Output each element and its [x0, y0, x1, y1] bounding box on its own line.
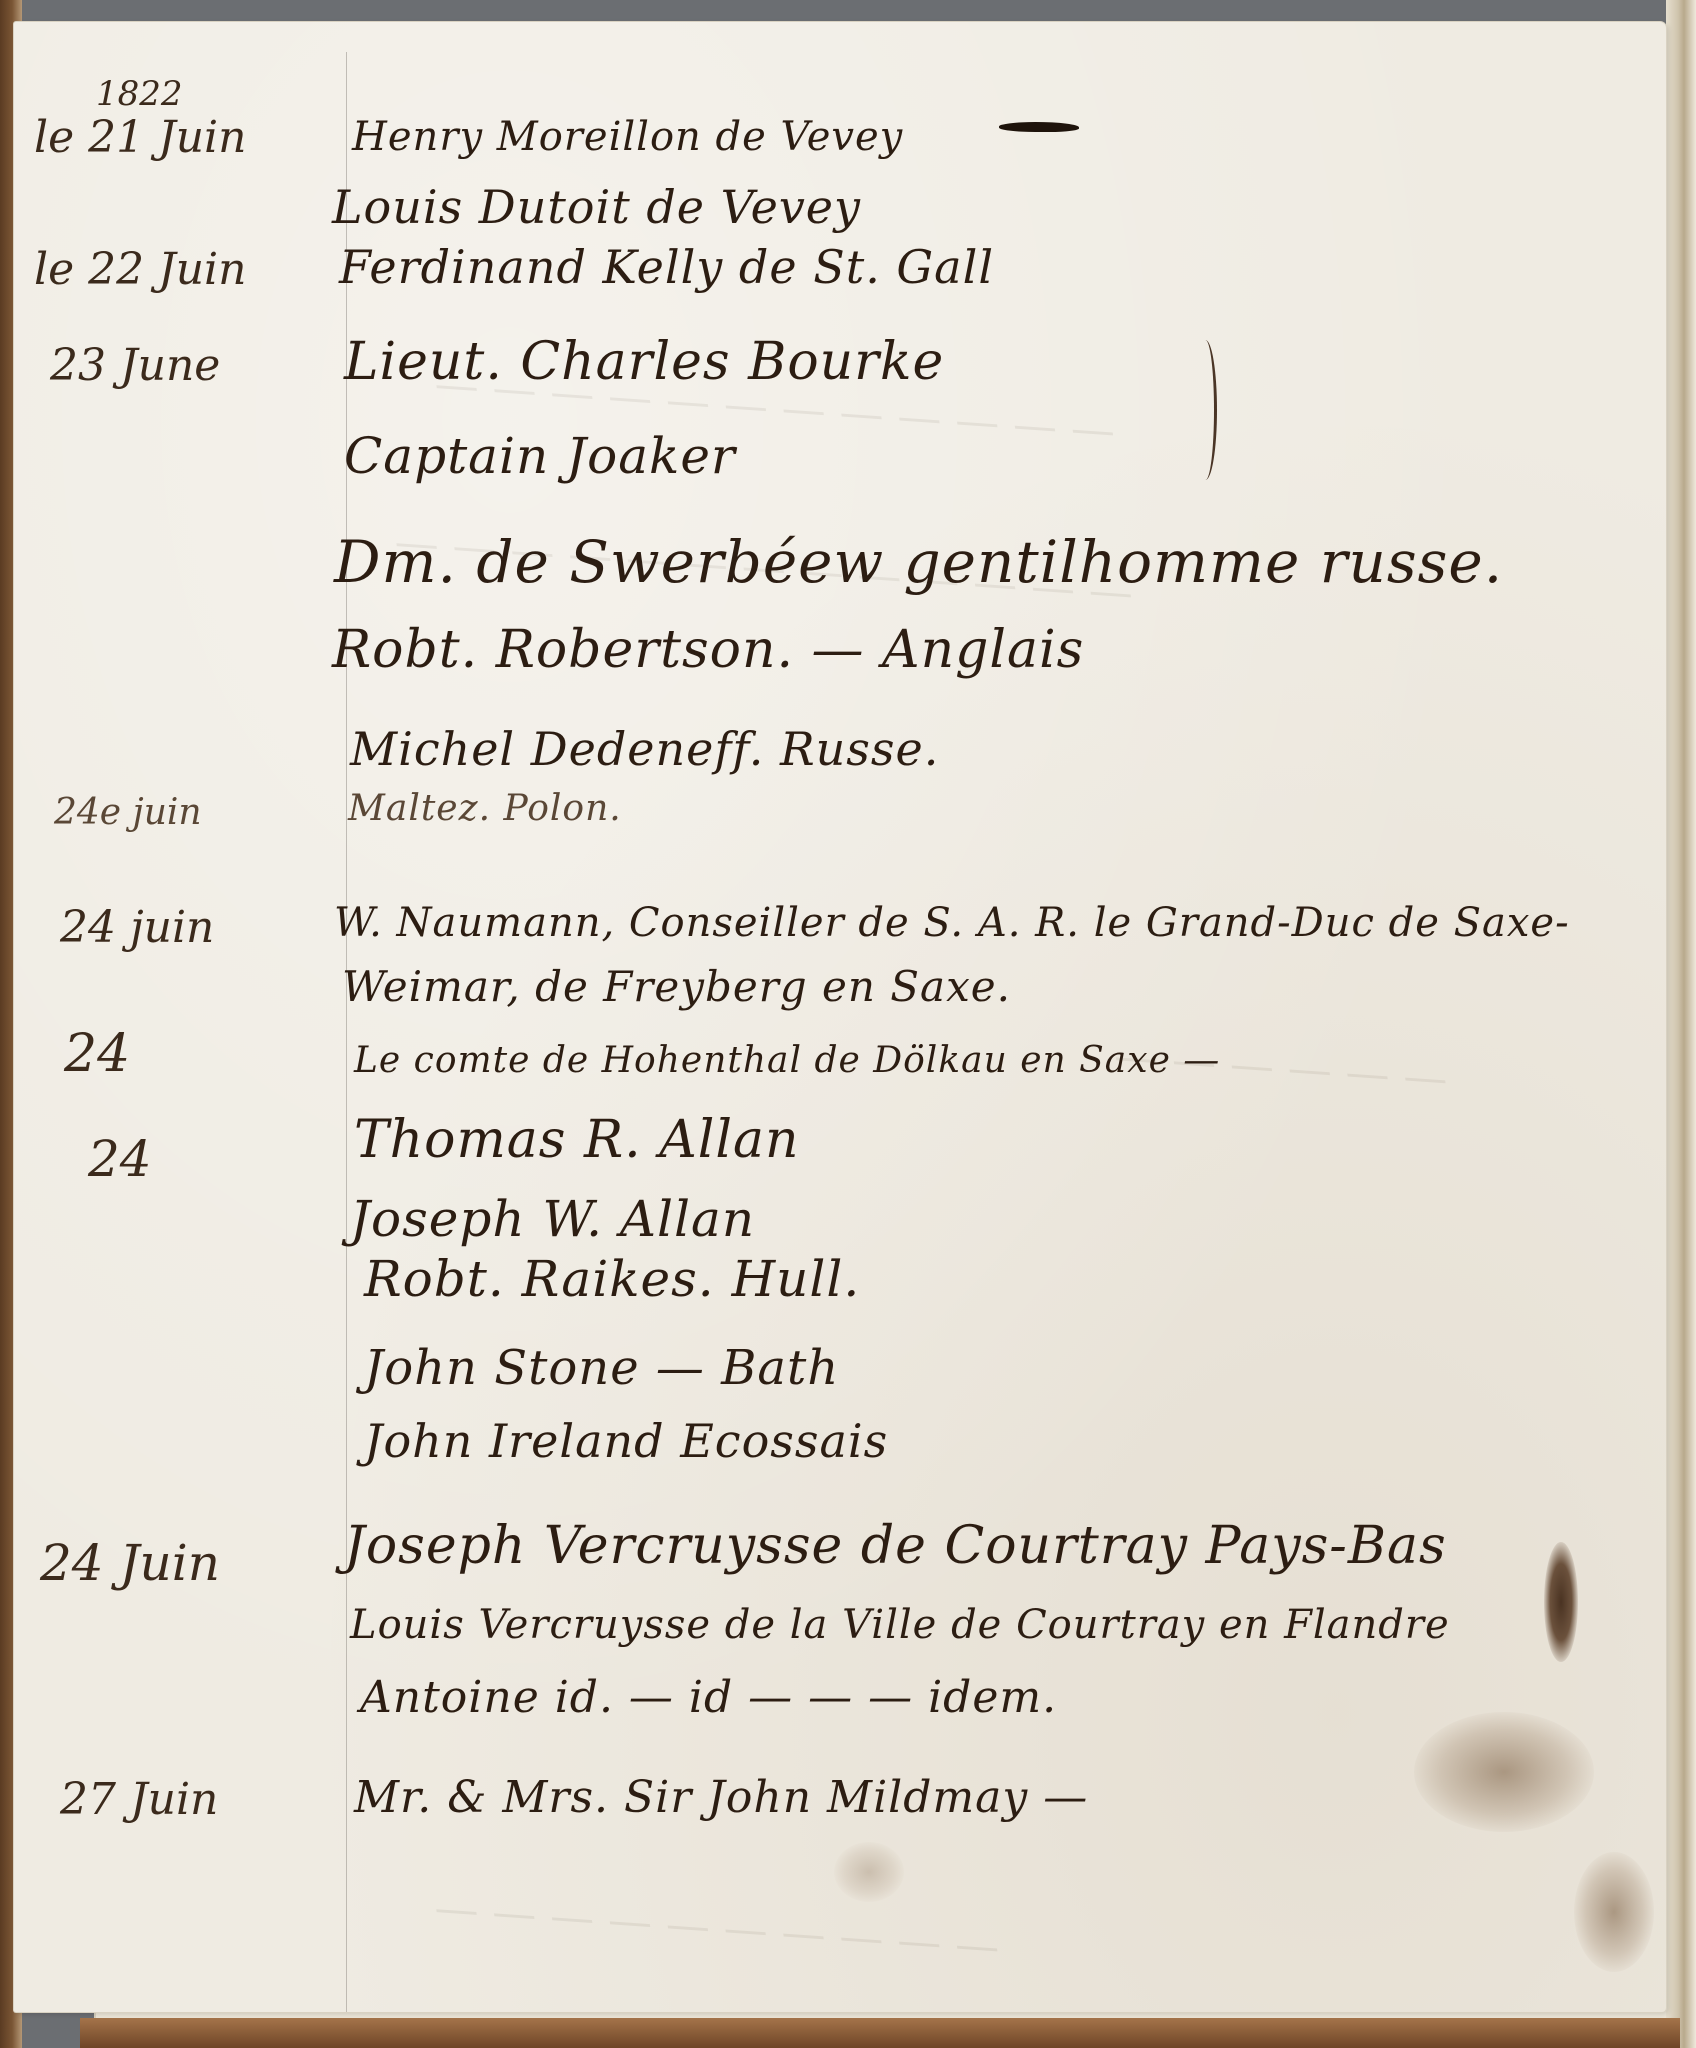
entry-date: le 21 Juin	[34, 112, 246, 163]
water-stain	[1574, 1852, 1654, 1972]
entry-name: Ferdinand Kelly de St. Gall	[339, 240, 994, 294]
entry-name: John Stone — Bath	[364, 1340, 839, 1396]
entry-name: Dm. de Swerbéew gentilhomme russe.	[334, 528, 1503, 596]
scanned-page: — — — — — — — — — — — — — — — — — — — — …	[0, 0, 1696, 2048]
page-edge-right	[1666, 0, 1696, 2048]
entry-date: 24e juin	[54, 792, 202, 833]
entry-name: Henry Moreillon de Vevey	[352, 114, 903, 160]
entry-name: John Ireland Ecossais	[364, 1414, 888, 1468]
entry-name: Robt. Robertson. — Anglais	[332, 620, 1084, 680]
entry-name: Joseph W. Allan	[350, 1190, 755, 1248]
entry-date: le 22 Juin	[34, 244, 246, 295]
entry-name: Louis Dutoit de Vevey	[332, 180, 861, 234]
entry-name: Antoine id. — id — — — idem.	[360, 1672, 1057, 1723]
book-cover-edge	[80, 2018, 1680, 2048]
entry-name: Robt. Raikes. Hull.	[364, 1250, 860, 1308]
register-page: — — — — — — — — — — — — — — — — — — — — …	[14, 22, 1666, 2012]
entry-name: Maltez. Polon.	[348, 788, 622, 829]
entry-date: 24 Juin	[40, 1534, 220, 1592]
entry-name: Le comte de Hohenthal de Dölkau en Saxe …	[354, 1040, 1220, 1081]
entry-name: Thomas R. Allan	[354, 1110, 800, 1170]
entry-name: Mr. & Mrs. Sir John Mildmay —	[354, 1772, 1088, 1823]
entry-name: W. Naumann, Conseiller de S. A. R. le Gr…	[334, 900, 1570, 946]
ink-blot	[1544, 1542, 1578, 1662]
water-stain	[1414, 1712, 1594, 1832]
entry-date: 24	[88, 1130, 152, 1188]
entry-name: Joseph Vercruysse de Courtray Pays-Bas	[344, 1516, 1447, 1576]
entry-name: Captain Joaker	[344, 427, 736, 485]
entry-date: 24 juin	[60, 902, 214, 953]
entry-name: Michel Dedeneff. Russe.	[350, 722, 939, 776]
register-year: 1822	[96, 74, 183, 114]
entry-date: 23 June	[50, 340, 220, 391]
entry-name: Weimar, de Freyberg en Saxe.	[342, 962, 1011, 1011]
entry-date: 27 Juin	[60, 1774, 218, 1825]
bleed-through-text: — — — — — — — — — —	[433, 1882, 1001, 1972]
ink-dash	[999, 122, 1079, 132]
entry-name: Lieut. Charles Bourke	[344, 332, 944, 392]
entry-date: 24	[64, 1024, 130, 1084]
entry-name: Louis Vercruysse de la Ville de Courtray…	[350, 1602, 1450, 1648]
water-stain	[834, 1842, 904, 1902]
bracket-mark	[1194, 340, 1217, 480]
